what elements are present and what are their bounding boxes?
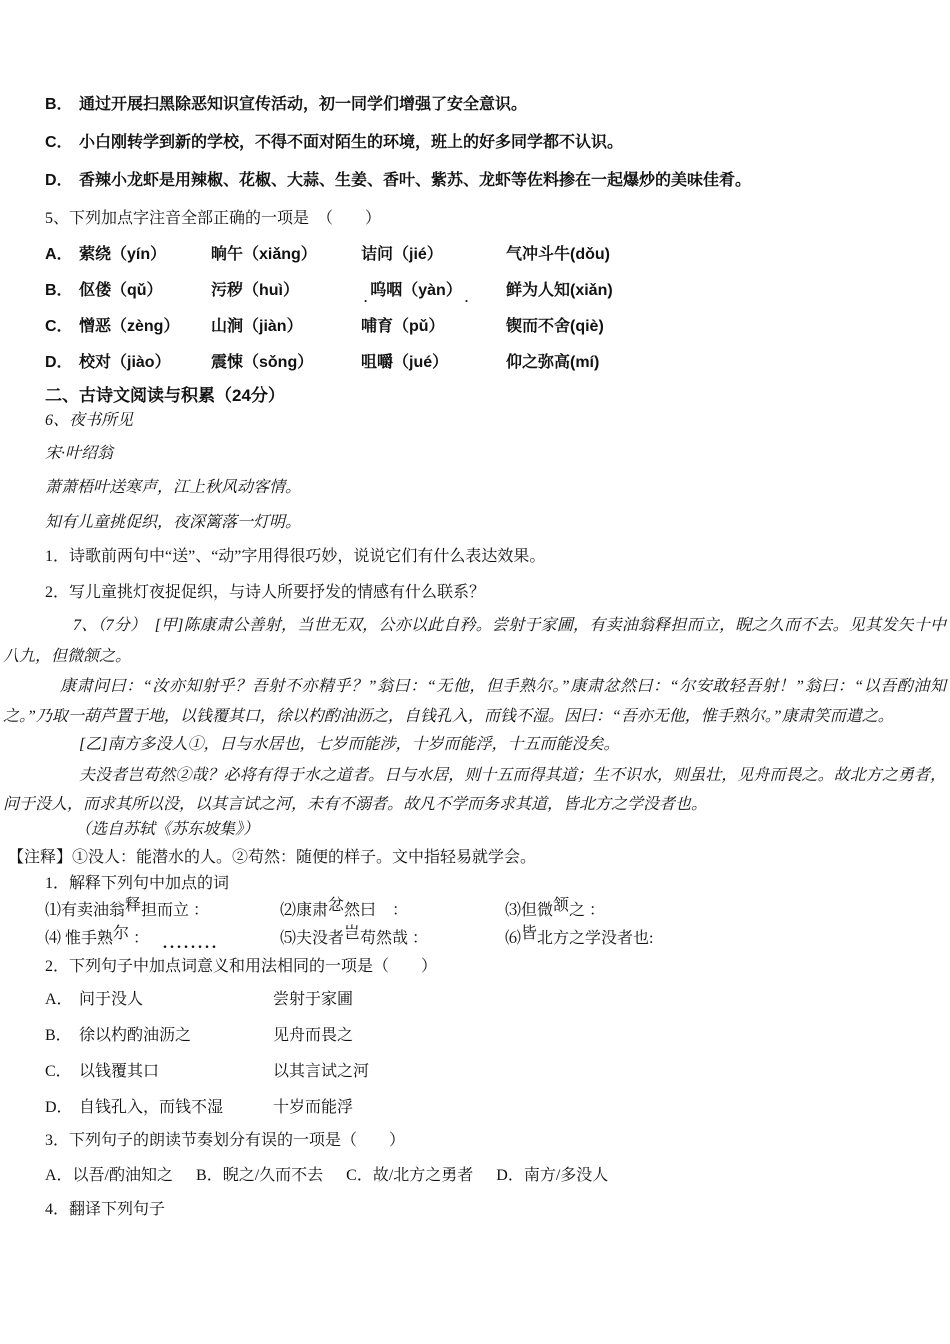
item-text: 之 ： — [569, 902, 605, 919]
q7-sub2-row-d: D． 自钱孔入，而钱不湿 十岁而能浮 — [45, 1097, 912, 1119]
option-label: A． — [45, 989, 79, 1011]
dotted-char: 尔 — [113, 925, 129, 942]
pinyin-word: 震悚（sǒng） — [211, 352, 361, 374]
compare-right: 尝射于家圃 — [273, 989, 353, 1011]
q5-row-b: B． 伛偻（qǔ） 污秽（huì） .呜咽（yàn）. 鲜为人知(xiǎn) — [45, 280, 912, 302]
item-text: 苟然哉 ： — [360, 930, 428, 947]
compare-right: 以其言试之河 — [273, 1061, 369, 1083]
compare-left: 问于没人 — [79, 989, 273, 1011]
option-label: D． — [45, 170, 79, 192]
q7-passage-yi-p1: [乙]南方多没人①，日与水居也，七岁而能涉，十岁而能浮，十五而能没矣。 — [3, 732, 946, 758]
poem-author: 宋·叶绍翁 — [45, 443, 912, 465]
gloss-item-1: ⑴有卖油翁释担而立 ： — [45, 900, 280, 922]
q7-sub2-row-a: A． 问于没人 尝射于家圃 — [45, 989, 912, 1011]
rhythm-option-a: A．以吾/酌油知之 — [45, 1167, 173, 1184]
gloss-item-4: ⑷ 惟手熟尔 ：........ — [45, 928, 280, 950]
gloss-item-2: ⑵康肃忿然曰 ： — [280, 900, 505, 922]
compare-right: 十岁而能浮 — [273, 1097, 353, 1119]
q4-option-d: D． 香辣小龙虾是用辣椒、花椒、大蒜、生姜、香叶、紫苏、龙虾等佐料掺在一起爆炒的… — [45, 170, 912, 192]
item-text: ⑶但微 — [505, 902, 553, 919]
q7-sub3-options: A．以吾/酌油知之 B．睨之/久而不去 C．故/北方之勇者 D．南方/多没人 — [45, 1165, 912, 1187]
q7-sub4-title: 4．翻译下列句子 — [45, 1199, 912, 1221]
dotted-char: 颔 — [553, 897, 569, 914]
pinyin-word: 咀嚼（jué） — [361, 352, 506, 374]
option-label: C． — [45, 316, 79, 338]
rhythm-option-c: C．故/北方之勇者 — [346, 1167, 473, 1184]
q5-row-c: C． 憎恶（zèng） 山涧（jiàn） 哺育（pǔ） 锲而不舍(qiè) — [45, 316, 912, 338]
pinyin-word: 憎恶（zèng） — [79, 316, 211, 338]
option-text: 香辣小龙虾是用辣椒、花椒、大蒜、生姜、香叶、紫苏、龙虾等佐料掺在一起爆炒的美味佳… — [79, 170, 751, 192]
pinyin-word: .呜咽（yàn）. — [361, 280, 506, 302]
pinyin-word: 校对（jiào） — [79, 352, 211, 374]
q6-title: 6、夜书所见 — [45, 410, 912, 432]
option-label: A． — [45, 244, 79, 266]
compare-left: 自钱孔入，而钱不湿 — [79, 1097, 273, 1119]
q7-sub1-title: 1．解释下列句中加点的词 — [45, 873, 912, 895]
compare-right: 见舟而畏之 — [273, 1025, 353, 1047]
item-text: ： — [129, 930, 149, 947]
option-label: D． — [45, 352, 79, 374]
pinyin-word: 鲜为人知(xiǎn) — [506, 280, 613, 302]
document-page: B． 通过开展扫黑除恶知识宣传活动，初一同学们增强了安全意识。 C． 小白刚转学… — [0, 0, 950, 1344]
q7-passage-jia-p2: 康肃问曰：“汝亦知射乎？吾射不亦精乎？”翁曰：“无他，但手熟尔。”康肃忿然曰：“… — [3, 672, 946, 732]
option-text: 通过开展扫黑除恶知识宣传活动，初一同学们增强了安全意识。 — [79, 94, 527, 116]
option-label: B． — [45, 1025, 79, 1047]
gloss-item-5: ⑸夫没者岂苟然哉 ： — [280, 928, 505, 950]
item-text: ⑵康肃 — [280, 902, 328, 919]
q4-option-b: B． 通过开展扫黑除恶知识宣传活动，初一同学们增强了安全意识。 — [45, 94, 912, 116]
item-text: ⑴有卖油翁 — [45, 902, 125, 919]
q7-sub1-row-1: ⑴有卖油翁释担而立 ： ⑵康肃忿然曰 ： ⑶但微颔之 ： — [45, 900, 912, 922]
q7-sub3-title: 3．下列句子的朗读节奏划分有误的一项是（ ） — [45, 1130, 912, 1152]
dotted-char: 皆 — [521, 925, 537, 942]
pinyin-word: 气冲斗牛(dǒu) — [506, 244, 610, 266]
q7-passage-jia-p1: 7、（7分） [甲]陈康肃公善射，当世无双，公亦以此自矜。尝射于家圃，有卖油翁释… — [3, 610, 946, 672]
gloss-item-3: ⑶但微颔之 ： — [505, 900, 605, 922]
pinyin-word: 哺育（pǔ） — [361, 316, 506, 338]
item-text: ⑸夫没者 — [280, 930, 344, 947]
item-text: 担而立 ： — [141, 902, 209, 919]
poem-line-1: 萧萧梧叶送寒声，江上秋风动客情。 — [45, 477, 912, 499]
pinyin-word: 锲而不舍(qiè) — [506, 316, 604, 338]
rhythm-option-b: B．睨之/久而不去 — [196, 1167, 323, 1184]
option-label: B． — [45, 280, 79, 302]
poem-line-2: 知有儿童挑促织，夜深篱落一灯明。 — [45, 512, 912, 534]
option-text: 小白刚转学到新的学校，不得不面对陌生的环境，班上的好多同学都不认识。 — [79, 132, 623, 154]
option-label: C． — [45, 1061, 79, 1083]
rhythm-option-d: D．南方/多没人 — [496, 1167, 608, 1184]
item-text: ⑹ — [505, 930, 521, 947]
q4-option-c: C． 小白刚转学到新的学校，不得不面对陌生的环境，班上的好多同学都不认识。 — [45, 132, 912, 154]
pinyin-word: 伛偻（qǔ） — [79, 280, 211, 302]
pinyin-word: 诘问（jié） — [361, 244, 506, 266]
q5-row-d: D． 校对（jiào） 震悚（sǒng） 咀嚼（jué） 仰之弥高(mí) — [45, 352, 912, 374]
dotted-char: 释 — [125, 897, 141, 914]
q5-stem: 5、下列加点字注音全部正确的一项是 （ ） — [45, 208, 912, 230]
pinyin-word-text: 呜咽（yàn） — [370, 282, 462, 299]
q6-subquestion-2: 2．写儿童挑灯夜捉促织，与诗人所要抒发的情感有什么联系？ — [45, 582, 912, 604]
pinyin-word: 萦绕（yín） — [79, 244, 211, 266]
item-text: 然曰 ： — [344, 902, 408, 919]
dot-leader: ........ — [163, 935, 219, 952]
item-text: ⑷ 惟手熟 — [45, 930, 113, 947]
emphasis-dot: . — [465, 290, 468, 305]
dotted-char: 岂 — [344, 925, 360, 942]
emphasis-dot: . — [364, 290, 367, 305]
q7-sub2-title: 2．下列句子中加点词意义和用法相同的一项是（ ） — [45, 956, 912, 978]
option-label: C． — [45, 132, 79, 154]
pinyin-word: 仰之弥高(mí) — [506, 352, 599, 374]
option-label: B． — [45, 94, 79, 116]
passage-notes: 【注释】①没人：能潜水的人。②苟然：随便的样子。文中指轻易就学会。 — [8, 847, 920, 869]
section-heading: 二、古诗文阅读与积累（24分） — [45, 384, 912, 408]
q7-sub2-row-b: B． 徐以杓酌油沥之 见舟而畏之 — [45, 1025, 912, 1047]
option-label: D． — [45, 1097, 79, 1119]
pinyin-word: 山涧（jiàn） — [211, 316, 361, 338]
q5-row-a: A． 萦绕（yín） 晌午（xiǎng） 诘问（jié） 气冲斗牛(dǒu) — [45, 244, 912, 266]
item-text: 北方之学没者也: — [537, 930, 653, 947]
q7-sub2-row-c: C． 以钱覆其口 以其言试之河 — [45, 1061, 912, 1083]
q7-passage-yi-p2: 夫没者岂苟然②哉？必将有得于水之道者。日与水居，则十五而得其道；生不识水，则虽壮… — [3, 761, 946, 819]
compare-left: 徐以杓酌油沥之 — [79, 1025, 273, 1047]
pinyin-word: 晌午（xiǎng） — [211, 244, 361, 266]
pinyin-word: 污秽（huì） — [211, 280, 361, 302]
passage-source: （选自苏轼《苏东坡集》） — [0, 819, 950, 841]
dotted-char: 忿 — [328, 897, 344, 914]
gloss-item-6: ⑹皆北方之学没者也: — [505, 928, 653, 950]
q6-subquestion-1: 1．诗歌前两句中“送”、“动”字用得很巧妙，说说它们有什么表达效果。 — [45, 546, 912, 568]
compare-left: 以钱覆其口 — [79, 1061, 273, 1083]
q7-sub1-row-2: ⑷ 惟手熟尔 ：........ ⑸夫没者岂苟然哉 ： ⑹皆北方之学没者也: — [45, 928, 912, 950]
